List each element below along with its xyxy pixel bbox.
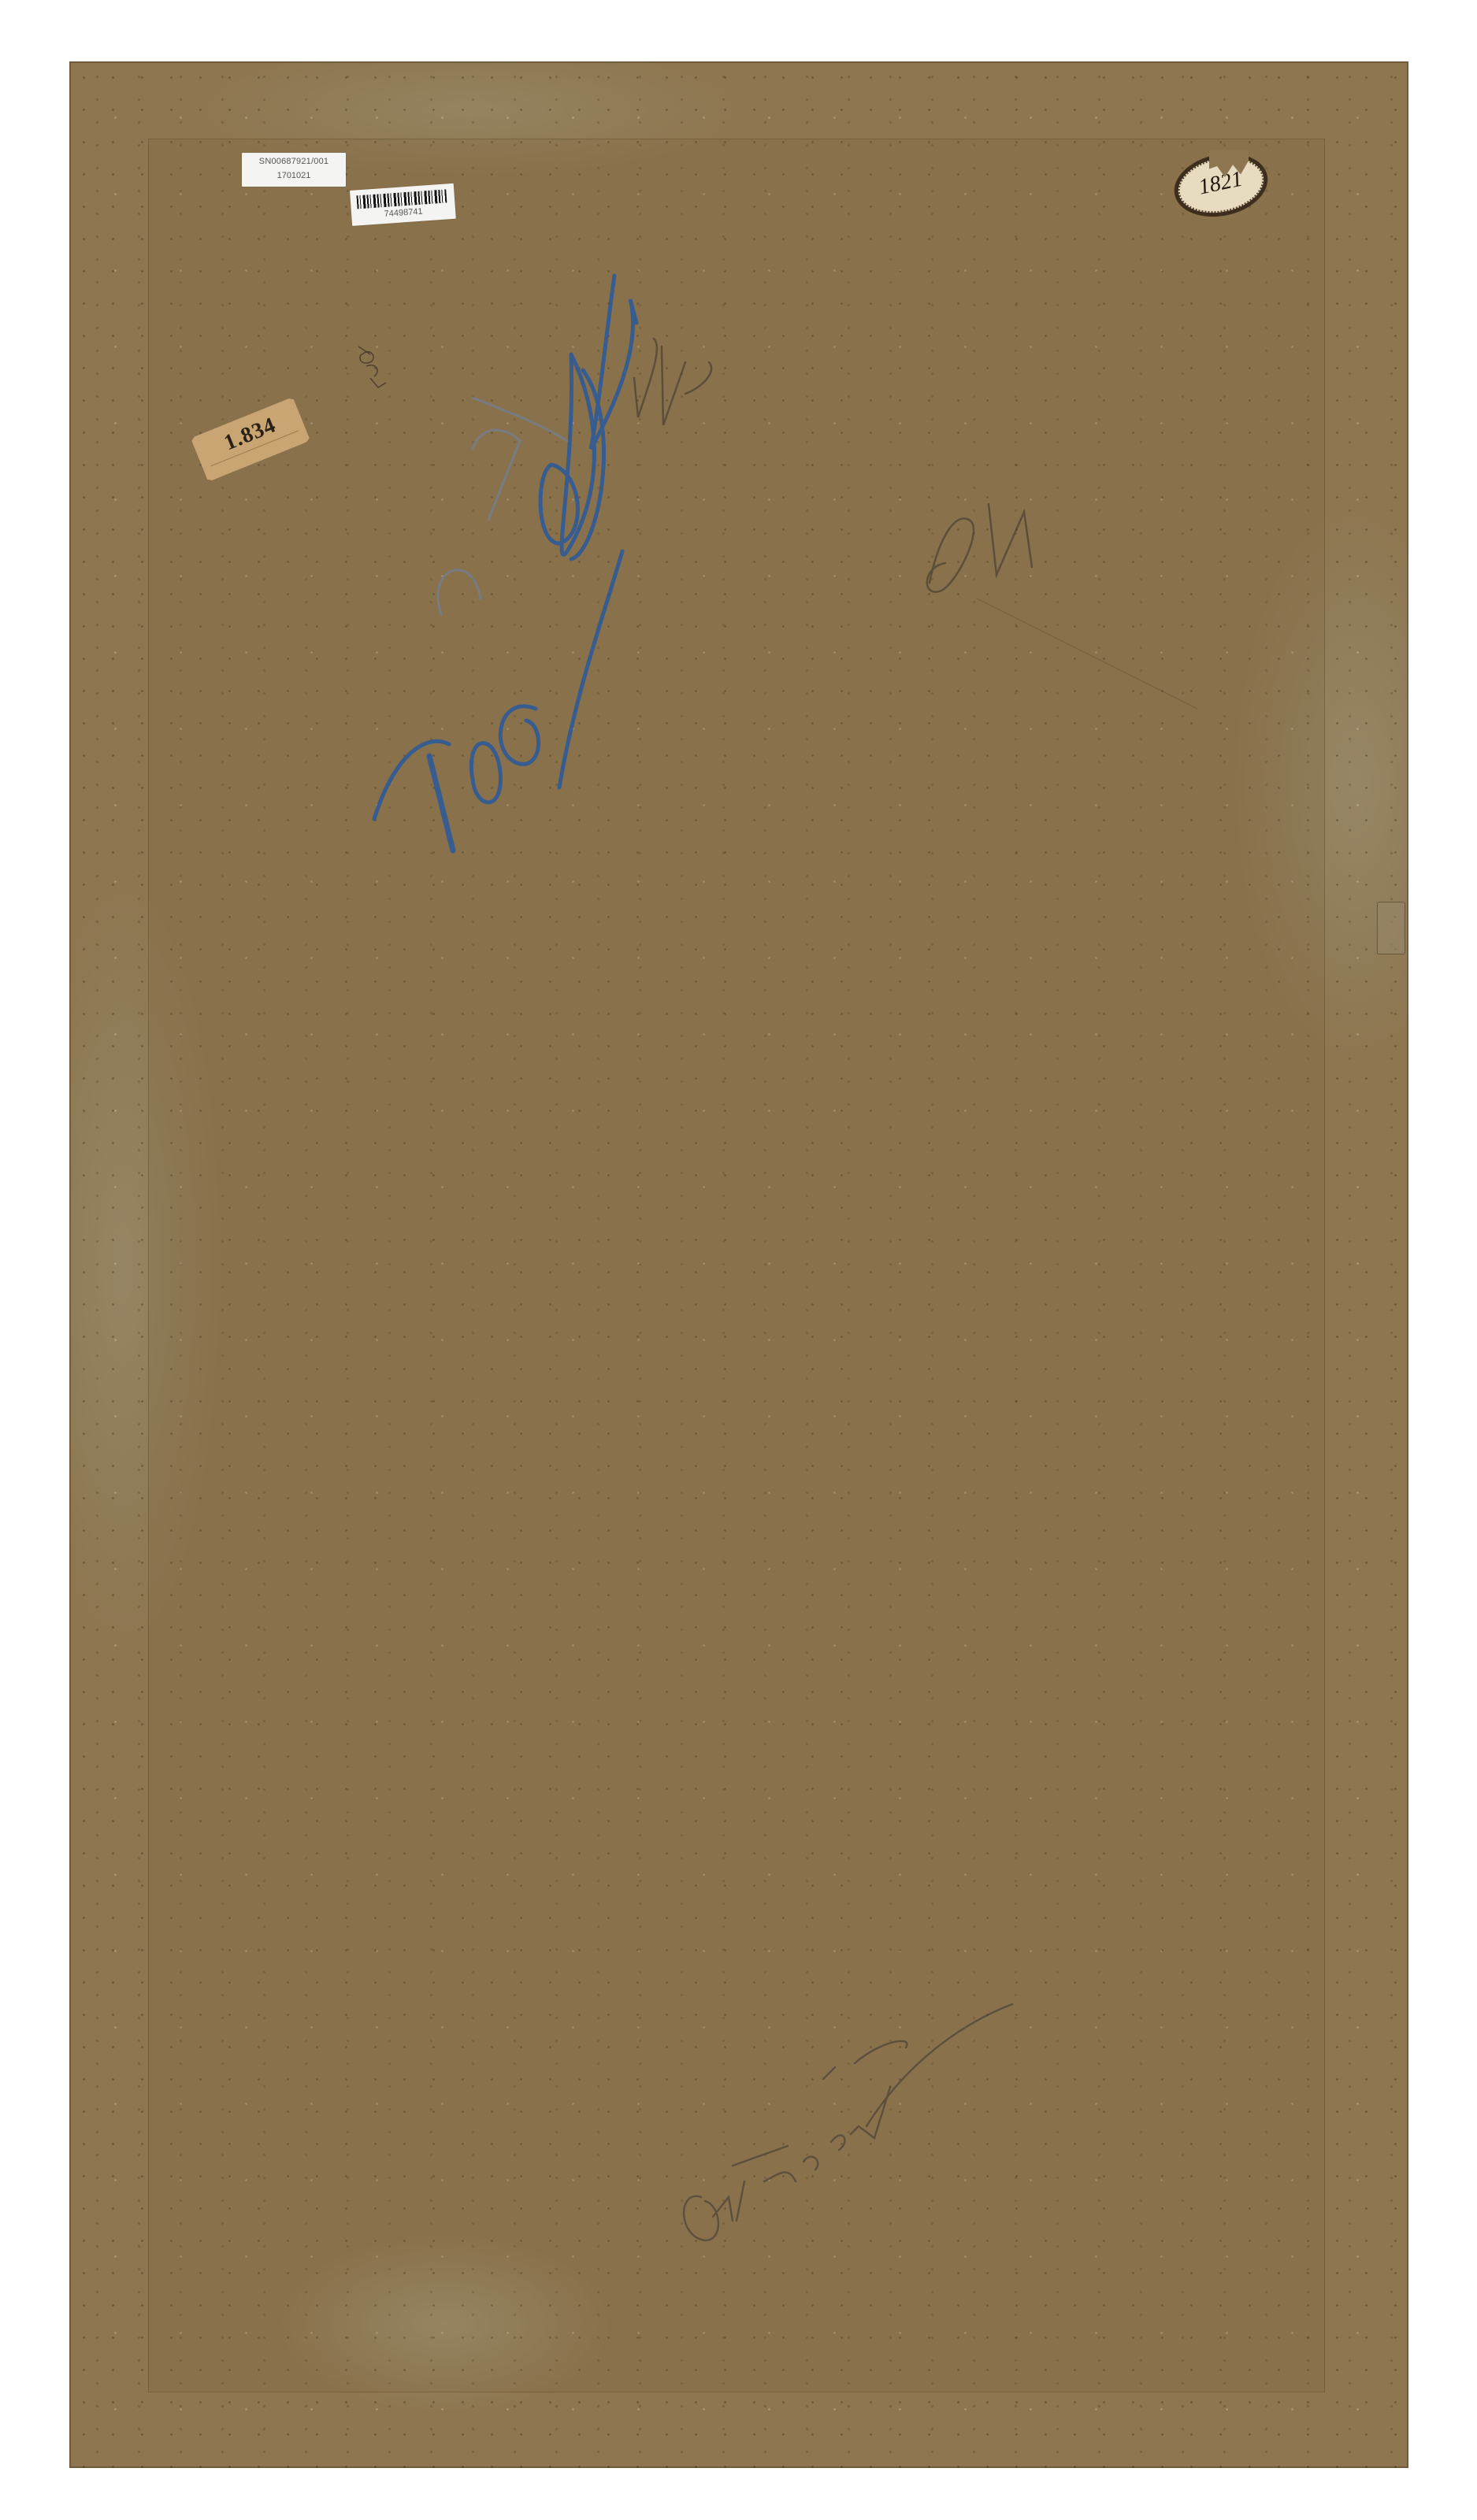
- inner-panel: [148, 139, 1325, 2392]
- barcode-label: 74498741: [350, 183, 456, 226]
- serial-label: SN00687921/001 1701021: [242, 153, 346, 187]
- edge-tab: [1377, 902, 1405, 954]
- serial-code: 1701021: [242, 171, 346, 180]
- serial-number: SN00687921/001: [242, 157, 346, 166]
